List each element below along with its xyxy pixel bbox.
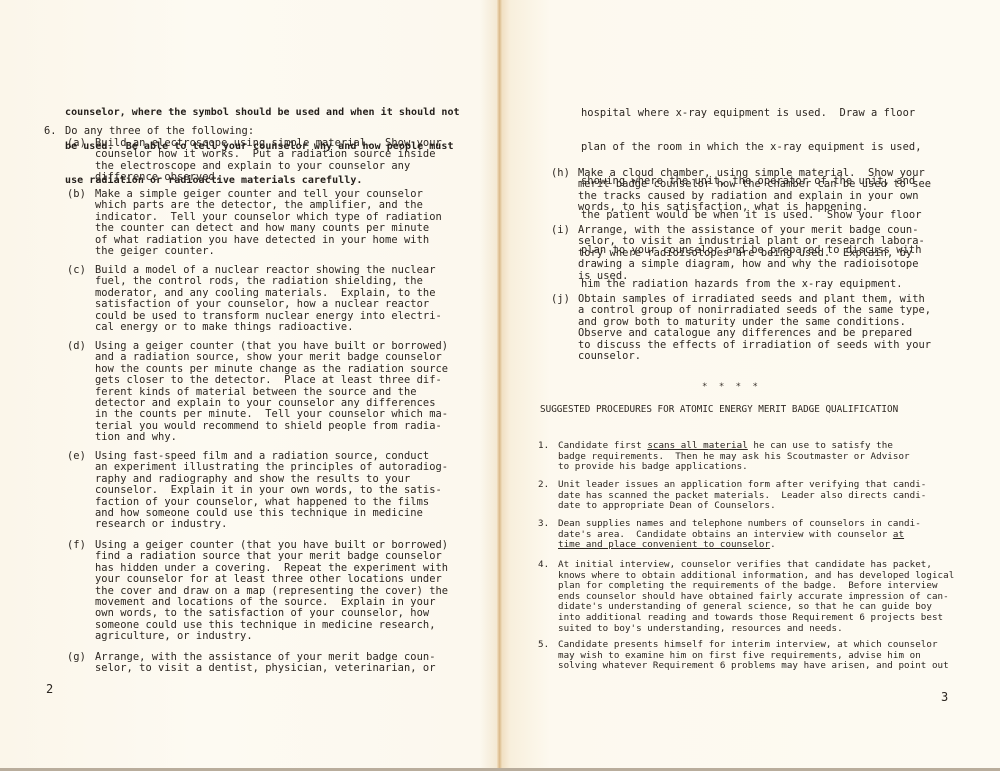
option-label: (f)	[67, 540, 86, 551]
option-text: Using a geiger counter (that you have bu…	[95, 540, 448, 643]
option-line: the counter can detect and how many coun…	[95, 223, 442, 234]
procedure-line: Candidate first scans all material he ca…	[558, 441, 910, 452]
procedure-text: Unit leader issues an application form a…	[558, 480, 926, 512]
underlined-text: scans all material	[647, 440, 747, 451]
option-line: Observe and catalogue any differences an…	[578, 328, 931, 339]
option-line: counselor.	[578, 351, 931, 362]
option-line: difference observed.	[95, 172, 442, 183]
procedure-line: solving whatever Requirement 6 problems …	[558, 661, 949, 672]
procedure-number: 4.	[538, 560, 549, 571]
option-label: (b)	[67, 189, 86, 200]
option-text: Make a cloud chamber, using simple mater…	[578, 168, 931, 214]
option-label: (j)	[551, 294, 570, 305]
option-line: tion and why.	[95, 432, 448, 443]
option-line: hospital where x-ray equipment is used. …	[581, 108, 922, 119]
procedure-line: Unit leader issues an application form a…	[558, 480, 926, 491]
option-label: (i)	[551, 225, 570, 236]
option-line: agriculture, or industry.	[95, 631, 448, 642]
option-line: the geiger counter.	[95, 246, 442, 257]
option-line: cal energy or to make things radioactive…	[95, 322, 442, 333]
option-line: gets closer to the detector. Place at le…	[95, 375, 448, 386]
procedures-heading: SUGGESTED PROCEDURES FOR ATOMIC ENERGY M…	[540, 404, 898, 415]
option-text: Build an electroscope using simple mater…	[95, 138, 442, 184]
option-line: research or industry.	[95, 519, 448, 530]
procedure-line: At initial interview, counselor verifies…	[558, 560, 954, 571]
option-text: Make a simple geiger counter and tell yo…	[95, 189, 442, 257]
option-text: Arrange, with the assistance of your mer…	[578, 225, 925, 282]
section-separator: * * * *	[702, 382, 761, 392]
procedure-text: At initial interview, counselor verifies…	[558, 560, 954, 634]
procedure-line: to provide his badge applications.	[558, 462, 910, 473]
procedure-number: 2.	[538, 480, 549, 491]
procedure-number: 1.	[538, 441, 549, 452]
requirement-6-number: 6.	[44, 126, 57, 137]
option-label: (h)	[551, 168, 570, 179]
procedure-text: Candidate presents himself for interim i…	[558, 640, 949, 672]
option-line: plan of the room in which the x-ray equi…	[581, 142, 922, 153]
option-label: (a)	[67, 138, 86, 149]
procedure-line: time and place convenient to counselor.	[558, 540, 921, 551]
page-number-right: 3	[941, 690, 948, 704]
procedure-number: 3.	[538, 519, 549, 530]
underlined-text: time and place convenient to counselor	[558, 539, 770, 550]
intro-line: counselor, where the symbol should be us…	[65, 107, 460, 118]
option-line: your counselor for at least three other …	[95, 574, 448, 585]
procedure-line: suited to boy's understanding, resources…	[558, 624, 954, 635]
option-line: counselor. Explain it in your own words,…	[95, 485, 448, 496]
option-line: satisfaction of your counselor, how a nu…	[95, 299, 442, 310]
option-line: drawing a simple diagram, how and why th…	[578, 259, 925, 270]
procedure-line: Candidate presents himself for interim i…	[558, 640, 949, 651]
option-text: Arrange, with the assistance of your mer…	[95, 652, 436, 675]
option-label: (d)	[67, 341, 86, 352]
page-number-left: 2	[46, 682, 53, 696]
option-label: (c)	[67, 265, 86, 276]
option-text: Using a geiger counter (that you have bu…	[95, 341, 448, 444]
underlined-text: at	[893, 529, 904, 540]
option-text: Using fast-speed film and a radiation so…	[95, 451, 448, 531]
option-line: is used.	[578, 271, 925, 282]
option-label: (g)	[67, 652, 86, 663]
book-spine	[497, 0, 502, 771]
option-line: selor, to visit a dentist, physician, ve…	[95, 663, 436, 674]
procedure-text: Candidate first scans all material he ca…	[558, 441, 910, 473]
procedure-text: Dean supplies names and telephone number…	[558, 519, 921, 551]
procedure-number: 5.	[538, 640, 549, 651]
option-label: (e)	[67, 451, 86, 462]
option-line: words, to his satisfaction, what is happ…	[578, 202, 931, 213]
procedure-line: into additional reading and towards thos…	[558, 613, 954, 624]
option-text: Obtain samples of irradiated seeds and p…	[578, 294, 931, 362]
requirement-6-title: Do any three of the following:	[65, 126, 254, 137]
procedure-line: date to appropriate Dean of Counselors.	[558, 501, 926, 512]
option-text: Build a model of a nuclear reactor showi…	[95, 265, 442, 333]
procedure-line: Dean supplies names and telephone number…	[558, 519, 921, 530]
